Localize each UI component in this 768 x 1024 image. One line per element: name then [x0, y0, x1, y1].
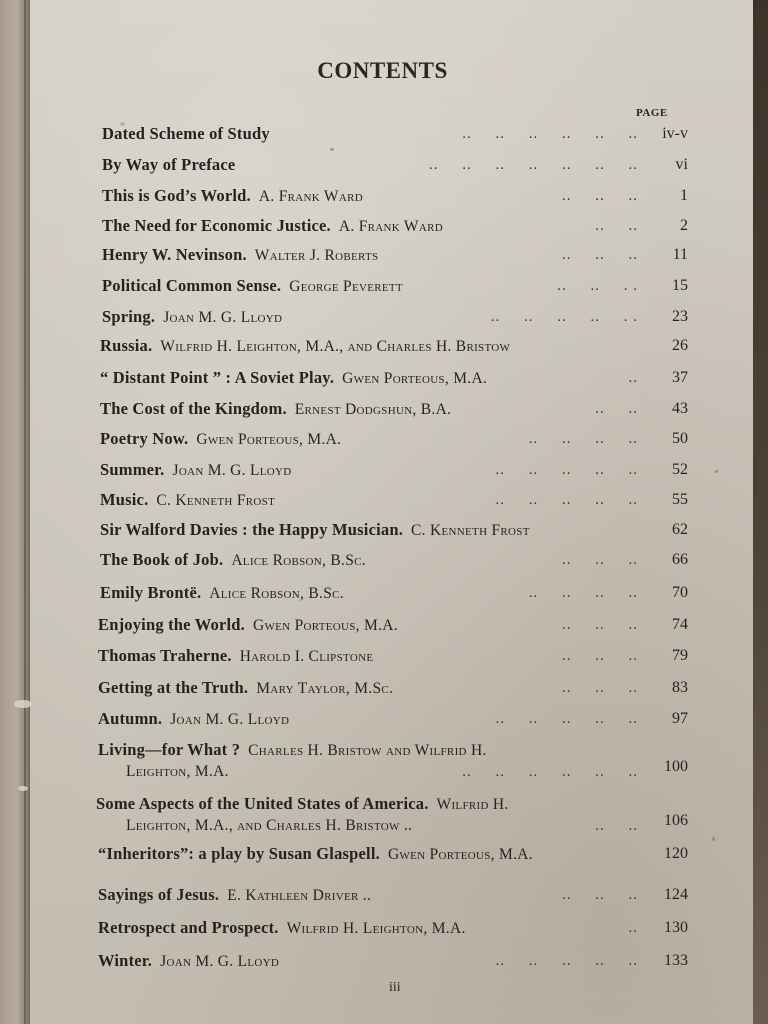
entry-page-number: 11 — [673, 244, 688, 266]
entry-author: Ernest Dodgshun, B.A. — [295, 401, 452, 418]
entry-page-number: 15 — [672, 275, 688, 297]
entry-page-number: 50 — [672, 428, 688, 450]
toc-entry-line: The Need for Economic Justice.A. Frank W… — [102, 215, 443, 238]
entry-title: Dated Scheme of Study — [102, 124, 270, 143]
toc-entry: Dated Scheme of Study.. .. .. .. .. ..iv… — [0, 123, 768, 145]
entry-page-number: 37 — [672, 367, 688, 389]
entry-author-continued: Leighton, M.A. — [126, 761, 229, 783]
entry-author: A. Frank Ward — [259, 188, 363, 205]
toc-entry-line: Henry W. Nevinson.Walter J. Roberts — [102, 244, 378, 267]
toc-entry-line: The Cost of the Kingdom.Ernest Dodgshun,… — [100, 398, 451, 421]
entry-title: Spring. — [102, 307, 155, 326]
entry-title: Political Common Sense. — [102, 276, 281, 295]
dot-leaders: .. .. .. — [562, 244, 638, 266]
entry-author: Gwen Porteous, M.A. — [388, 846, 533, 863]
toc-entry-line: This is God’s World.A. Frank Ward — [102, 185, 363, 208]
entry-author: Harold I. Clipstone — [240, 648, 374, 665]
toc-entry-line: “ Distant Point ” : A Soviet Play.Gwen P… — [100, 367, 487, 390]
dot-leaders: .. .. — [595, 815, 638, 837]
entry-author: George Peverett — [289, 278, 403, 295]
toc-entry-line: Political Common Sense.George Peverett — [102, 275, 403, 298]
entry-title: Poetry Now. — [100, 429, 188, 448]
dot-leaders: .. .. .. .. .. .. — [462, 761, 638, 783]
toc-entry: This is God’s World.A. Frank Ward.. .. .… — [0, 185, 768, 207]
entry-title: Thomas Traherne. — [98, 646, 232, 665]
entry-author: Joan M. G. Lloyd — [170, 711, 289, 728]
entry-author: Joan M. G. Lloyd — [163, 309, 282, 326]
toc-entry: Sayings of Jesus.E. Kathleen Driver ....… — [0, 884, 768, 906]
toc-entry: Political Common Sense.George Peverett..… — [0, 275, 768, 297]
entry-title: This is God’s World. — [102, 186, 251, 205]
entry-title: The Cost of the Kingdom. — [100, 399, 287, 418]
entry-title: Russia. — [100, 336, 152, 355]
entry-author: Wilfrid H. Leighton, M.A. — [287, 920, 466, 937]
toc-entry: By Way of Preface.. .. .. .. .. .. ..vi — [0, 154, 768, 176]
entry-page-number: 26 — [672, 335, 688, 357]
toc-entry-line: Sayings of Jesus.E. Kathleen Driver .. — [98, 884, 371, 907]
toc-entry-line: Enjoying the World.Gwen Porteous, M.A. — [98, 614, 398, 637]
toc-entry-line: Thomas Traherne.Harold I. Clipstone — [98, 645, 373, 668]
entry-title: Summer. — [100, 460, 165, 479]
dot-leaders: .. .. .. .. .. — [496, 459, 639, 481]
dot-leaders: .. .. .. — [562, 645, 638, 667]
entry-author: C. Kenneth Frost — [411, 522, 530, 539]
toc-entry: Emily Brontë.Alice Robson, B.Sc... .. ..… — [0, 582, 768, 604]
dot-leaders: .. .. .. .. .. .. .. — [429, 154, 638, 176]
entry-page-number: 1 — [680, 185, 688, 207]
entry-page-number: 55 — [672, 489, 688, 511]
dot-leaders: .. .. .. — [562, 677, 638, 699]
entry-title: Henry W. Nevinson. — [102, 245, 247, 264]
entry-author-continued: Leighton, M.A., and Charles H. Bristow .… — [126, 815, 412, 837]
toc-entry: Enjoying the World.Gwen Porteous, M.A...… — [0, 614, 768, 636]
toc-entry-line: Dated Scheme of Study — [102, 123, 270, 145]
dot-leaders: .. .. .. — [562, 549, 638, 571]
toc-entry-line: Emily Brontë.Alice Robson, B.Sc. — [100, 582, 344, 605]
entry-title: “ Distant Point ” : A Soviet Play. — [100, 368, 334, 387]
toc-entry: Getting at the Truth.Mary Taylor, M.Sc..… — [0, 677, 768, 699]
entry-page-number: 74 — [672, 614, 688, 636]
toc-entry-line: The Book of Job.Alice Robson, B.Sc. — [100, 549, 366, 572]
entry-author: Joan M. G. Lloyd — [160, 953, 279, 970]
dot-leaders: .. .. — [595, 215, 638, 237]
toc-entry-line: Sir Walford Davies : the Happy Musician.… — [100, 519, 530, 542]
toc-entry: Music.C. Kenneth Frost.. .. .. .. ..55 — [0, 489, 768, 511]
entry-title: Enjoying the World. — [98, 615, 245, 634]
entry-author: Mary Taylor, M.Sc. — [256, 680, 393, 697]
toc-entry-line: Retrospect and Prospect.Wilfrid H. Leigh… — [98, 917, 466, 940]
entry-author: Alice Robson, B.Sc. — [209, 585, 344, 602]
toc-entry: Sir Walford Davies : the Happy Musician.… — [0, 519, 768, 541]
toc-entry: Henry W. Nevinson.Walter J. Roberts.. ..… — [0, 244, 768, 266]
entry-page-number: 130 — [664, 917, 688, 939]
toc-entry-line: “Inheritors”: a play by Susan Glaspell.G… — [98, 843, 533, 866]
entry-title: Some Aspects of the United States of Ame… — [96, 794, 429, 813]
toc-entry: Summer.Joan M. G. Lloyd.. .. .. .. ..52 — [0, 459, 768, 481]
entry-title: Winter. — [98, 951, 152, 970]
toc-entry-line: Spring.Joan M. G. Lloyd — [102, 306, 282, 329]
entry-author: E. Kathleen Driver .. — [227, 887, 371, 904]
entry-title: The Book of Job. — [100, 550, 223, 569]
toc-entry: Autumn.Joan M. G. Lloyd.. .. .. .. ..97 — [0, 708, 768, 730]
toc-entry: “ Distant Point ” : A Soviet Play.Gwen P… — [0, 367, 768, 389]
dot-leaders: .. — [629, 367, 639, 389]
entry-page-number: 70 — [672, 582, 688, 604]
entry-page-number: 97 — [672, 708, 688, 730]
entry-title: Getting at the Truth. — [98, 678, 248, 697]
entry-author: Joan M. G. Lloyd — [173, 462, 292, 479]
entry-title: Sayings of Jesus. — [98, 885, 219, 904]
entry-author: Charles H. Bristow and Wilfrid H. — [248, 742, 486, 759]
entry-page-number: 43 — [672, 398, 688, 420]
entry-page-number: 52 — [672, 459, 688, 481]
entry-title: “Inheritors”: a play by Susan Glaspell. — [98, 844, 380, 863]
entry-title: By Way of Preface — [102, 155, 235, 174]
entry-title: Living—for What ? — [98, 740, 240, 759]
entry-page-number: 133 — [664, 950, 688, 972]
entry-page-number: 83 — [672, 677, 688, 699]
entry-title: Emily Brontë. — [100, 583, 201, 602]
toc-entry: Poetry Now.Gwen Porteous, M.A... .. .. .… — [0, 428, 768, 450]
toc-entry: Some Aspects of the United States of Ame… — [0, 793, 768, 815]
toc-entry: Spring.Joan M. G. Lloyd.. .. .. .. . .23 — [0, 306, 768, 328]
toc-entry: Thomas Traherne.Harold I. Clipstone.. ..… — [0, 645, 768, 667]
entry-author: Wilfrid H. Leighton, M.A., and Charles H… — [160, 338, 510, 355]
entry-page-number: 66 — [672, 549, 688, 571]
toc-entry-line: Winter.Joan M. G. Lloyd — [98, 950, 279, 973]
dot-leaders: .. .. .. .. .. — [496, 950, 639, 972]
toc-entry-line: Some Aspects of the United States of Ame… — [96, 793, 509, 816]
table-of-contents: Dated Scheme of Study.. .. .. .. .. ..iv… — [0, 0, 768, 1024]
toc-entry-line: Poetry Now.Gwen Porteous, M.A. — [100, 428, 341, 451]
entry-page-number: 2 — [680, 215, 688, 237]
entry-title: Music. — [100, 490, 148, 509]
toc-entry: The Cost of the Kingdom.Ernest Dodgshun,… — [0, 398, 768, 420]
toc-entry-line: By Way of Preface — [102, 154, 235, 176]
entry-page-number: iv-v — [662, 123, 688, 145]
toc-entry: The Need for Economic Justice.A. Frank W… — [0, 215, 768, 237]
entry-page-number: 23 — [672, 306, 688, 328]
entry-page-number: 100 — [664, 756, 688, 778]
dot-leaders: .. .. .. — [562, 185, 638, 207]
toc-entry-line: Living—for What ?Charles H. Bristow and … — [98, 739, 487, 762]
entry-title: Autumn. — [98, 709, 162, 728]
entry-page-number: 124 — [664, 884, 688, 906]
toc-entry-line: Summer.Joan M. G. Lloyd — [100, 459, 292, 482]
entry-author: Wilfrid H. — [437, 796, 509, 813]
entry-author: A. Frank Ward — [339, 218, 443, 235]
toc-entry-line: Autumn.Joan M. G. Lloyd — [98, 708, 289, 731]
dot-leaders: .. .. .. .. .. — [496, 489, 639, 511]
toc-entry-line: Music.C. Kenneth Frost — [100, 489, 275, 512]
toc-entry: Russia.Wilfrid H. Leighton, M.A., and Ch… — [0, 335, 768, 357]
entry-author: Gwen Porteous, M.A. — [342, 370, 487, 387]
entry-author: C. Kenneth Frost — [156, 492, 275, 509]
entry-page-number: 62 — [672, 519, 688, 541]
toc-entry: The Book of Job.Alice Robson, B.Sc... ..… — [0, 549, 768, 571]
dot-leaders: .. .. .. .. .. .. — [462, 123, 638, 145]
entry-page-number: 120 — [664, 843, 688, 865]
toc-entry-line: Russia.Wilfrid H. Leighton, M.A., and Ch… — [100, 335, 510, 358]
entry-title: Retrospect and Prospect. — [98, 918, 279, 937]
entry-title: The Need for Economic Justice. — [102, 216, 331, 235]
dot-leaders: .. .. .. — [562, 614, 638, 636]
dot-leaders: .. .. .. — [562, 884, 638, 906]
dot-leaders: .. .. . . — [557, 275, 638, 297]
entry-page-number: 106 — [664, 810, 688, 832]
dot-leaders: .. .. — [595, 398, 638, 420]
entry-author: Gwen Porteous, M.A. — [253, 617, 398, 634]
dot-leaders: .. .. .. .. .. — [496, 708, 639, 730]
toc-entry: Living—for What ?Charles H. Bristow and … — [0, 739, 768, 761]
page-folio: iii — [389, 980, 401, 996]
entry-title: Sir Walford Davies : the Happy Musician. — [100, 520, 403, 539]
entry-page-number: 79 — [672, 645, 688, 667]
toc-entry: Retrospect and Prospect.Wilfrid H. Leigh… — [0, 917, 768, 939]
entry-page-number: vi — [676, 154, 688, 176]
entry-author: Walter J. Roberts — [255, 247, 379, 264]
dot-leaders: .. .. .. .. . . — [491, 306, 638, 328]
entry-author: Alice Robson, B.Sc. — [231, 552, 366, 569]
photo-scene: CONTENTS PAGE Dated Scheme of Study.. ..… — [0, 0, 768, 1024]
dot-leaders: .. .. .. .. — [529, 428, 638, 450]
toc-entry: “Inheritors”: a play by Susan Glaspell.G… — [0, 843, 768, 865]
dot-leaders: .. — [629, 917, 639, 939]
toc-entry-line: Getting at the Truth.Mary Taylor, M.Sc. — [98, 677, 393, 700]
entry-author: Gwen Porteous, M.A. — [196, 431, 341, 448]
toc-entry: Winter.Joan M. G. Lloyd.. .. .. .. ..133 — [0, 950, 768, 972]
dot-leaders: .. .. .. .. — [529, 582, 638, 604]
